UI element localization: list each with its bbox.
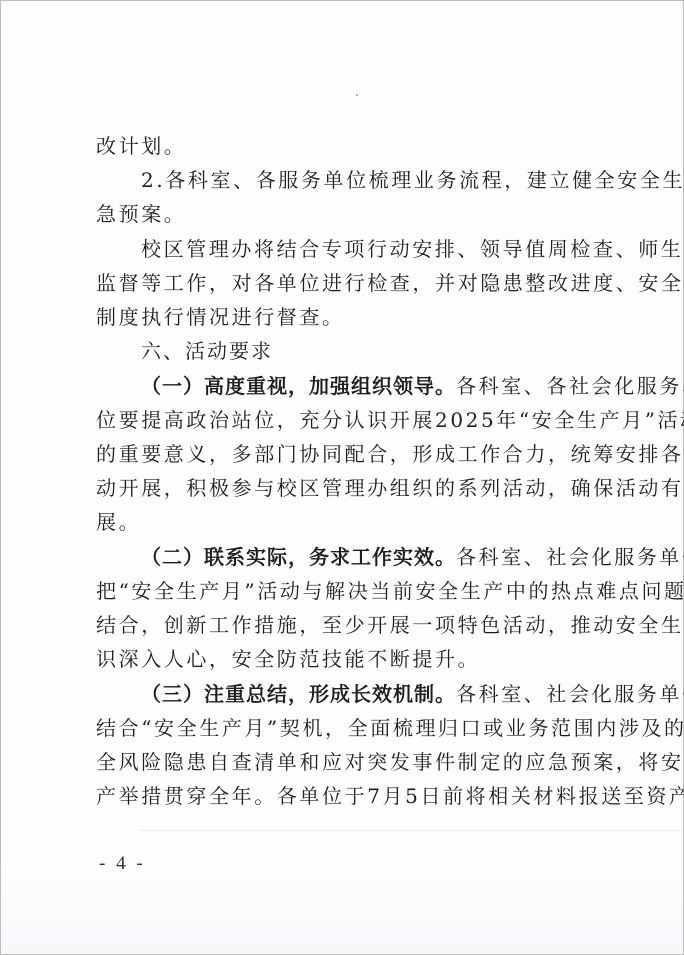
text-line: 2.各科室、各服务单位梳理业务流程，建立健全安全生产应: [141, 168, 599, 192]
text-line: 动开展，积极参与校区管理办组织的系列活动，确保活动有效开: [96, 476, 599, 500]
text-line: 产举措贯穿全年。各单位于7月5日前将相关材料报送至资产管: [96, 784, 599, 808]
scan-speck: [356, 94, 358, 96]
document-page: 改计划。 2.各科室、各服务单位梳理业务流程，建立健全安全生产应 急预案。 校区…: [0, 0, 684, 955]
text-line: 位要提高政治站位，充分认识开展2025年“安全生产月”活动: [96, 408, 599, 432]
text-line: 结合，创新工作措施，至少开展一项特色活动，推动安全生产意: [96, 613, 599, 637]
footer-divider: [141, 830, 681, 831]
item-1-first-line: （一）高度重视，加强组织领导。各科室、各社会化服务单: [141, 374, 599, 398]
text-line: 识深入人心，安全防范技能不断提升。: [96, 647, 599, 671]
section-heading: 六、活动要求: [141, 339, 599, 363]
text-line: 的重要意义，多部门协同配合，形成工作合力，统筹安排各项活: [96, 442, 599, 466]
text-line: 监督等工作，对各单位进行检查，并对隐患整改进度、安全生产: [96, 271, 599, 295]
text-line: 展。: [96, 510, 599, 534]
item-2-text: 各科室、社会化服务单位: [456, 545, 684, 569]
item-1-label: （一）高度重视，加强组织领导。: [141, 374, 456, 398]
page-number: - 4 -: [99, 853, 146, 875]
text-line: 改计划。: [96, 134, 599, 158]
item-3-text: 各科室、社会化服务单位: [456, 682, 684, 706]
text-line: 急预案。: [96, 202, 599, 226]
item-2-first-line: （二）联系实际，务求工作实效。各科室、社会化服务单位: [141, 545, 599, 569]
item-3-label: （三）注重总结，形成长效机制。: [141, 682, 456, 706]
text-line: 校区管理办将结合专项行动安排、领导值周检查、师生服务: [141, 237, 599, 261]
text-line: 制度执行情况进行督查。: [96, 305, 599, 329]
item-2-label: （二）联系实际，务求工作实效。: [141, 545, 456, 569]
item-1-text: 各科室、各社会化服务单: [456, 374, 684, 398]
text-line: 结合“安全生产月”契机，全面梳理归口或业务范围内涉及的安: [96, 716, 599, 740]
text-line: 全风险隐患自查清单和应对突发事件制定的应急预案，将安全生: [96, 750, 599, 774]
item-3-first-line: （三）注重总结，形成长效机制。各科室、社会化服务单位: [141, 682, 599, 706]
text-line: 把“安全生产月”活动与解决当前安全生产中的热点难点问题相: [96, 579, 599, 603]
